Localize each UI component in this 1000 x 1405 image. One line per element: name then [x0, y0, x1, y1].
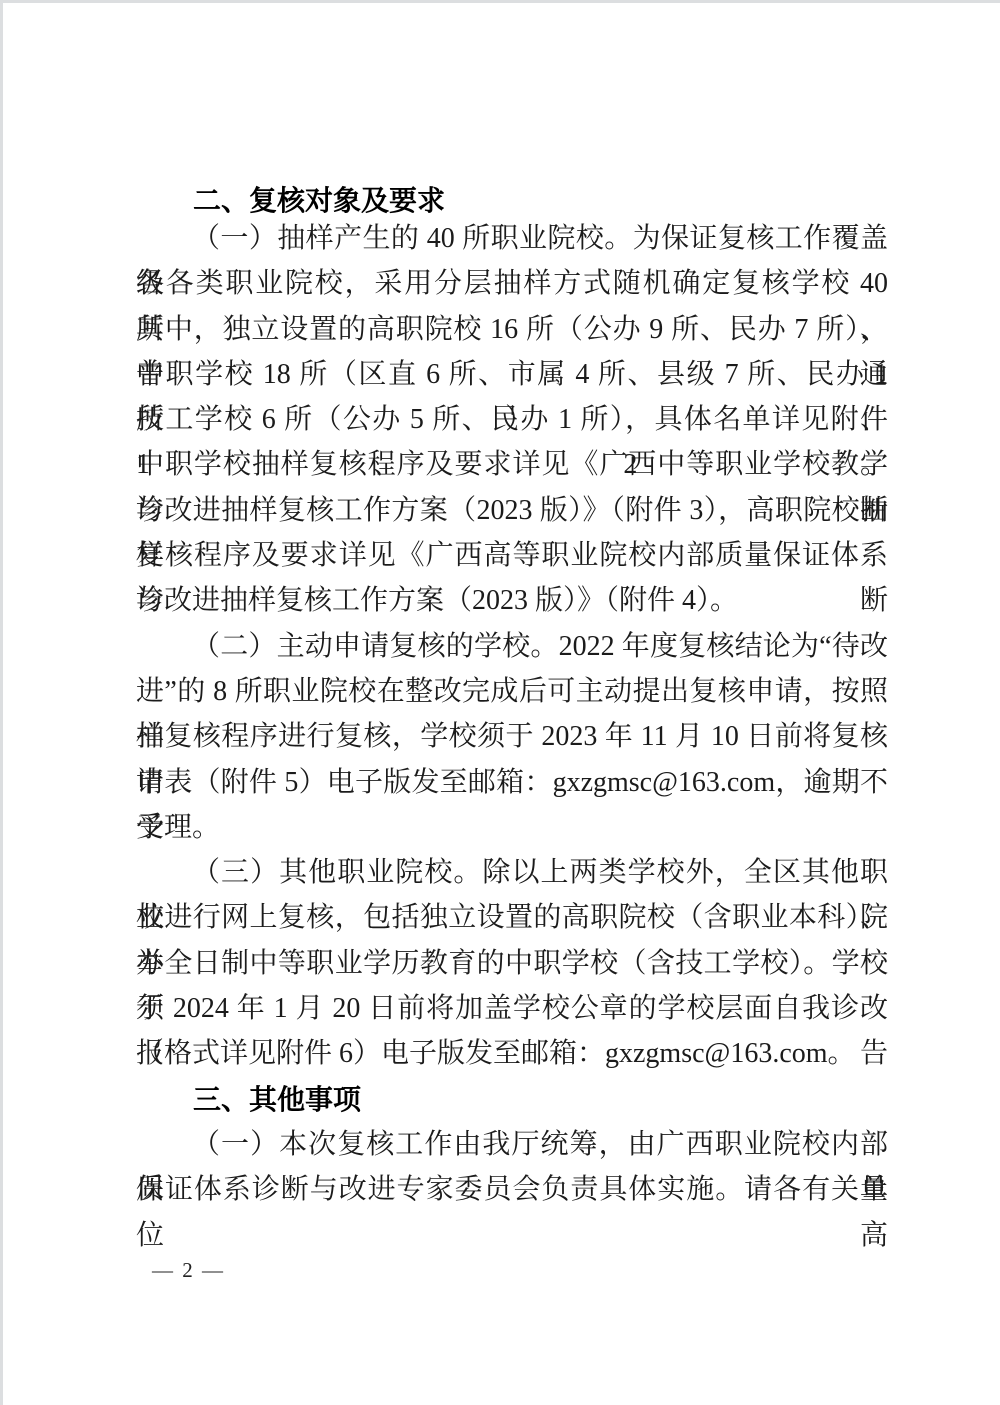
- text-line: （三）其他职业院校。除以上两类学校外，全区其他职业院: [136, 850, 888, 895]
- page-number: — 2 —: [152, 1255, 225, 1285]
- text-line: 级各类职业院校，采用分层抽样方式随机确定复核学校 40 所，: [136, 261, 888, 306]
- section-heading-1: 二、复核对象及要求: [136, 186, 888, 216]
- text-line: （二）主动申请复核的学校。2022 年度复核结论为“待改: [136, 624, 888, 669]
- text-line: （一）本次复核工作由我厅统筹，由广西职业院校内部质量: [136, 1122, 888, 1167]
- text-line: 进”的 8 所职业院校在整改完成后可主动提出复核申请，按照抽: [136, 669, 888, 714]
- text-line: 于 2024 年 1 月 20 日前将加盖学校公章的学校层面自我诊改报告: [136, 986, 888, 1031]
- text-line: 与改进抽样复核工作方案（2023 版）》（附件 3），高职院校抽样: [136, 488, 888, 533]
- text-line: 中职学校 18 所（区直 6 所、市属 4 所、县级 7 所、民办 1 所）、: [136, 352, 888, 397]
- text-line: 办全日制中等职业学历教育的中职学校（含技工学校）。学校须: [136, 941, 888, 986]
- text-line: 其中，独立设置的高职院校 16 所（公办 9 所、民办 7 所）、普通: [136, 307, 888, 352]
- text-line: 技工学校 6 所（公办 5 所、民办 1 所），具体名单详见附件 1、2。: [136, 397, 888, 442]
- text-line: 复核程序及要求详见《广西高等职业院校内部质量保证体系诊断: [136, 533, 888, 578]
- text-line: 受理。: [136, 805, 888, 850]
- text-line: （一）抽样产生的 40 所职业院校。为保证复核工作覆盖各: [136, 216, 888, 261]
- text-line: 请表（附件 5）电子版发至邮箱：gxzgmsc@163.com，逾期不予: [136, 760, 888, 805]
- section-heading-2: 三、其他事项: [136, 1077, 888, 1122]
- document-body: 二、复核对象及要求 （一）抽样产生的 40 所职业院校。为保证复核工作覆盖各 级…: [136, 186, 888, 1213]
- text-line: 校进行网上复核，包括独立设置的高职院校（含职业本科）、举: [136, 895, 888, 940]
- text-line: 保证体系诊断与改进专家委员会负责具体实施。请各有关单位高: [136, 1167, 888, 1212]
- text-line: （格式详见附件 6）电子版发至邮箱：gxzgmsc@163.com。: [136, 1031, 888, 1076]
- text-line: 中职学校抽样复核程序及要求详见《广西中等职业学校教学诊断: [136, 442, 888, 487]
- document-page: 二、复核对象及要求 （一）抽样产生的 40 所职业院校。为保证复核工作覆盖各 级…: [0, 0, 1000, 1405]
- text-line: 样复核程序进行复核，学校须于 2023 年 11 月 10 日前将复核申: [136, 714, 888, 759]
